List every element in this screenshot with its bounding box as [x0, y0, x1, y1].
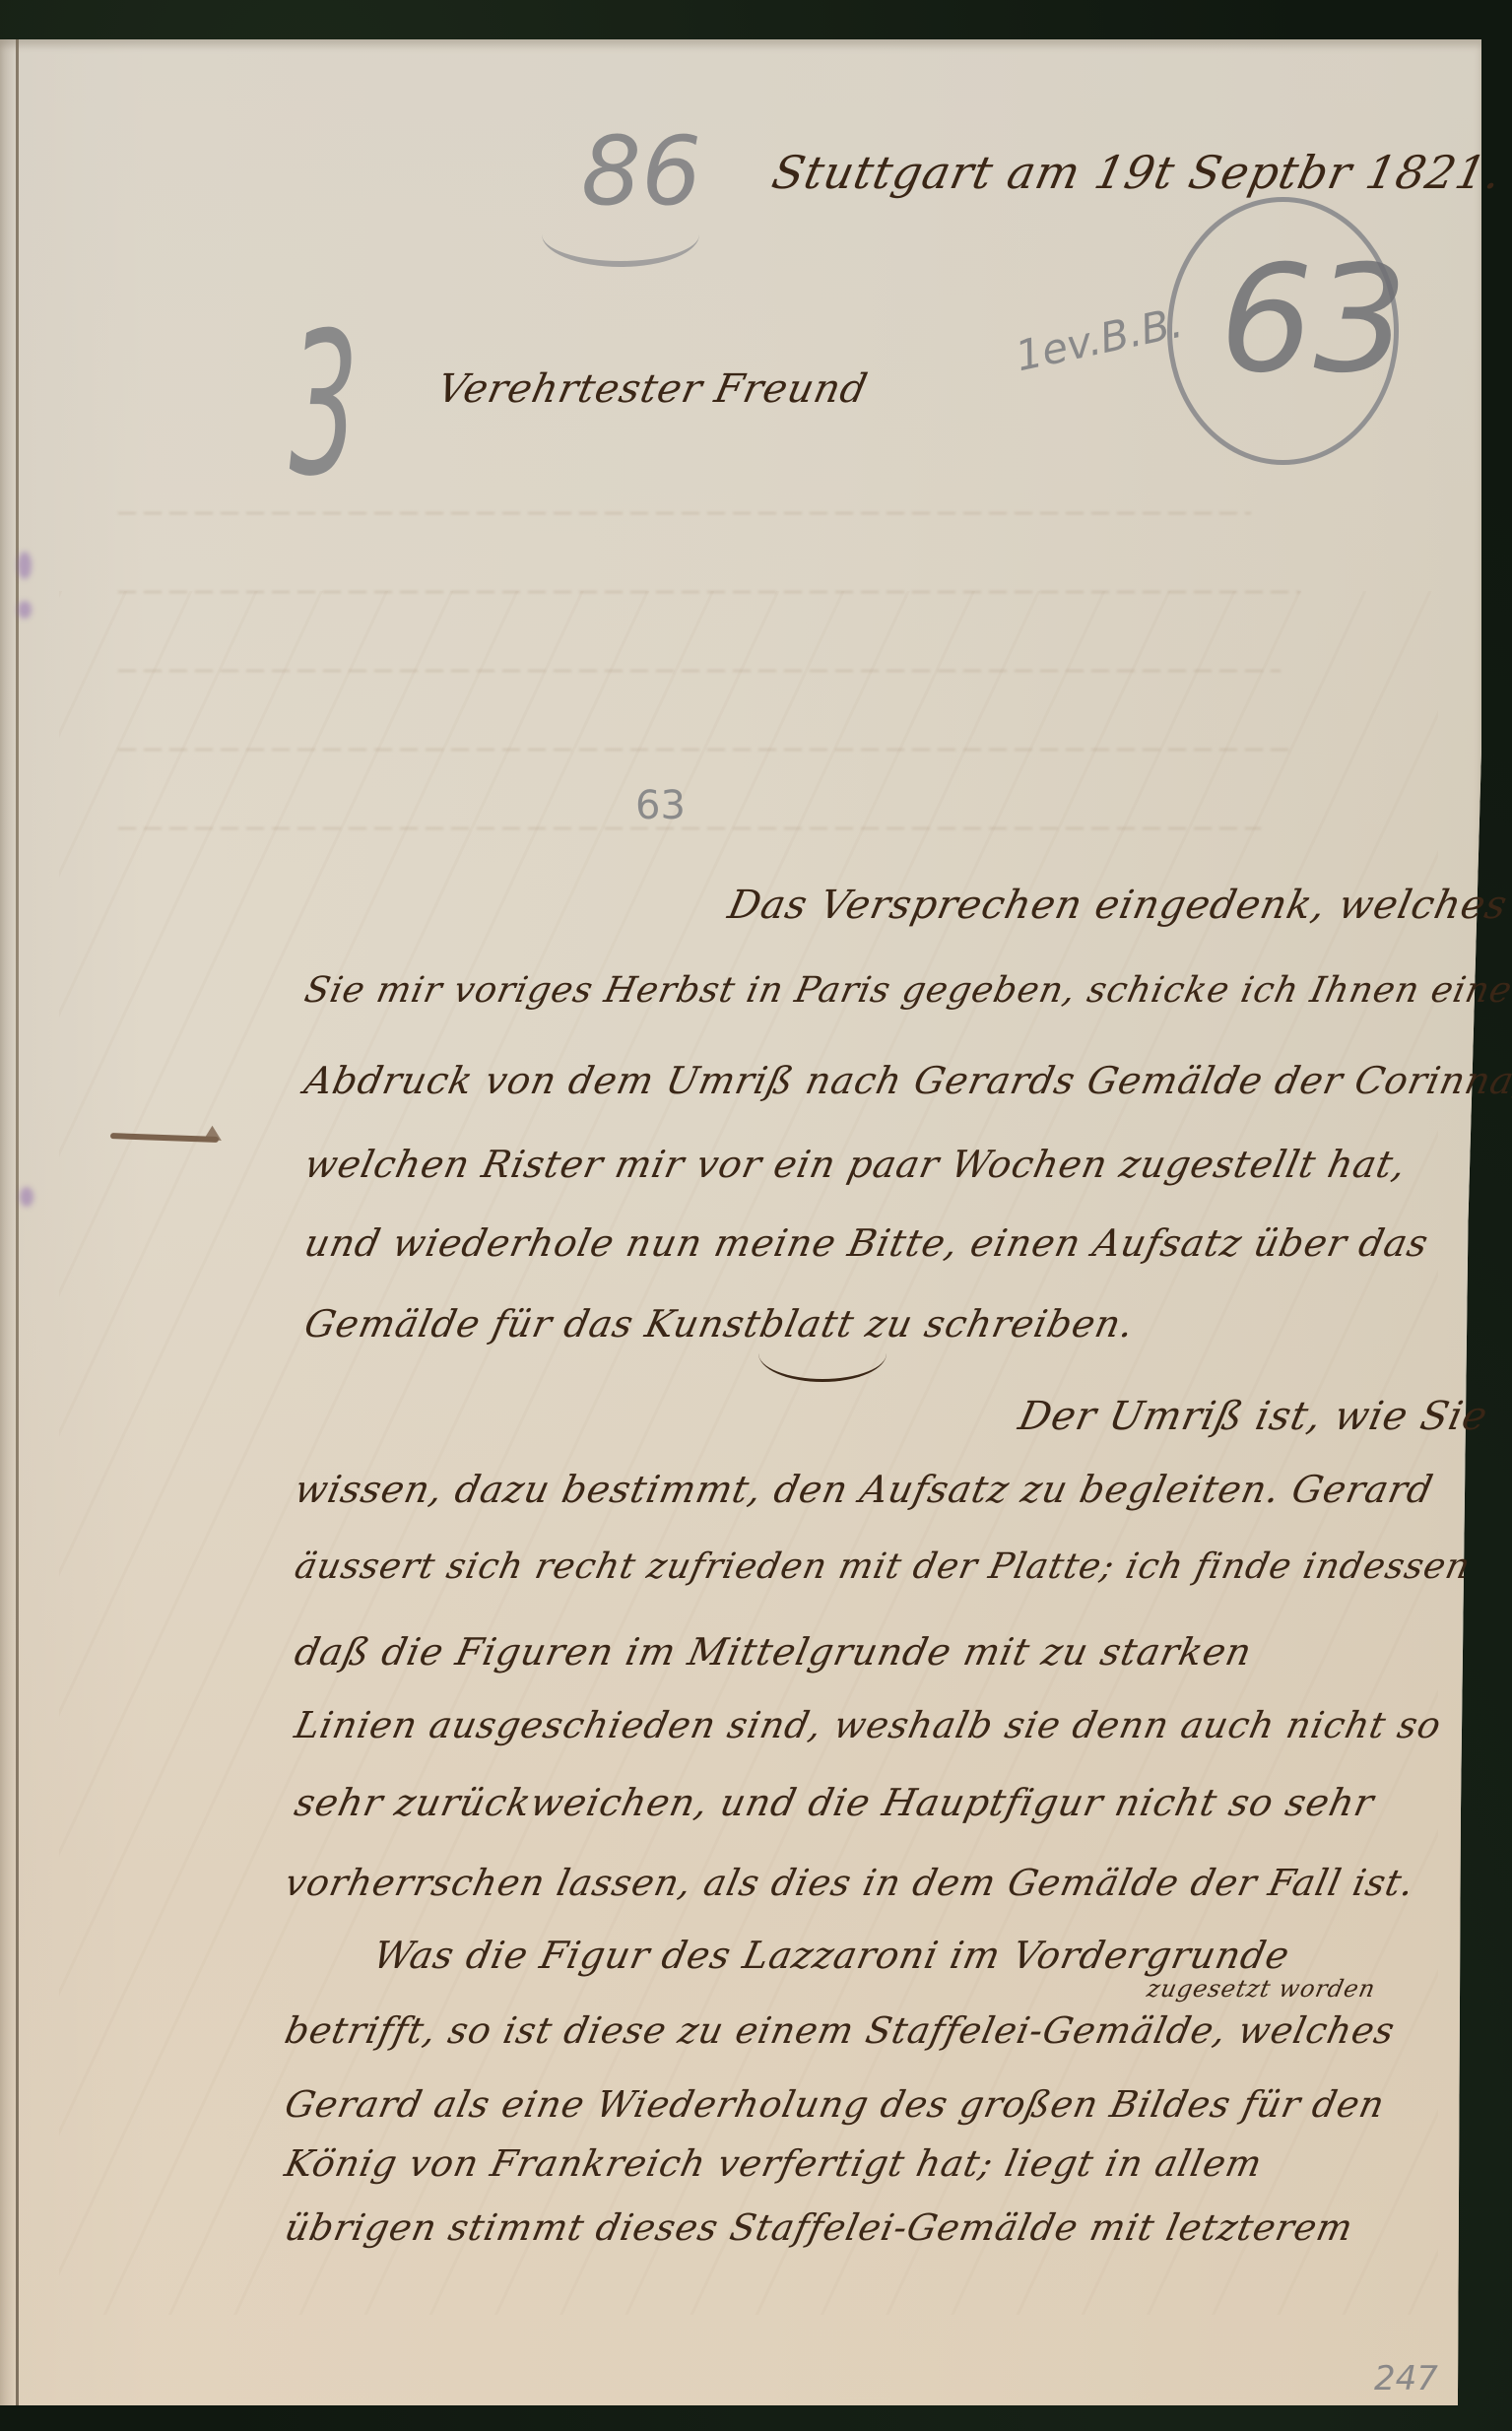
bleed-through-line [118, 512, 1251, 514]
letter-line: daß die Figuren im Mittelgrunde mit zu s… [291, 1630, 1256, 1674]
place-date-line: Stuttgart am 19t Septbr 1821. [767, 146, 1507, 199]
letter-line: Was die Figur des Lazzaroni im Vordergru… [369, 1934, 1293, 1977]
letter-line: wissen, dazu bestimmt, den Aufsatz zu be… [291, 1468, 1437, 1511]
pencil-circled-63: 63 [1219, 234, 1408, 406]
letter-line: Abdruck von dem Umriß nach Gerards Gemäl… [300, 1059, 1512, 1102]
pencil-page-number: 247 [1374, 2359, 1438, 2398]
letter-line: Linien ausgeschieden sind, weshalb sie d… [291, 1704, 1445, 1746]
letter-line: Sie mir voriges Herbst in Paris gegeben,… [301, 970, 1512, 1011]
binding-gutter [0, 39, 16, 2405]
letter-line: Gerard als eine Wiederholung des großen … [281, 2083, 1389, 2126]
purple-stain [20, 1187, 33, 1207]
purple-stain [18, 601, 32, 619]
letter-line: sehr zurückweichen, und die Hauptfigur n… [291, 1781, 1378, 1824]
salutation: Verehrtester Freund [433, 366, 872, 412]
letter-line: äussert sich recht zufrieden mit der Pla… [292, 1546, 1475, 1587]
letter-line: betrifft, so ist diese zu einem Staffele… [281, 2009, 1399, 2052]
letter-line: Gemälde für das Kunstblatt zu schreiben. [300, 1302, 1138, 1346]
letter-line: vorherrschen lassen, als dies in dem Gem… [281, 1862, 1418, 1904]
bleed-through-line [118, 749, 1290, 751]
letter-line: Das Versprechen eingedenk, welches [724, 883, 1511, 928]
letter-line: übrigen stimmt dieses Staffelei-Gemälde … [281, 2206, 1356, 2249]
letter-line: und wiederhole nun meine Bitte, einen Au… [300, 1221, 1432, 1265]
pencil-number-63: 63 [635, 783, 686, 828]
bleed-through-line [118, 670, 1281, 672]
bleed-through-line [118, 591, 1300, 593]
interlinear-insertion: zugesetzt worden [1145, 1975, 1378, 2003]
ink-flourish [758, 1325, 887, 1382]
purple-stain [18, 552, 32, 579]
bleed-through-line [118, 827, 1261, 829]
letter-line: Der Umriß ist, wie Sie [1015, 1394, 1491, 1439]
letter-line: welchen Rister mir vor ein paar Wochen z… [300, 1143, 1411, 1186]
letter-line: König von Frankreich verfertigt hat; lie… [281, 2142, 1266, 2185]
pencil-number-3: 3 [290, 291, 359, 520]
binding-fold-line [16, 39, 19, 2405]
pencil-underline-arc [542, 202, 699, 267]
